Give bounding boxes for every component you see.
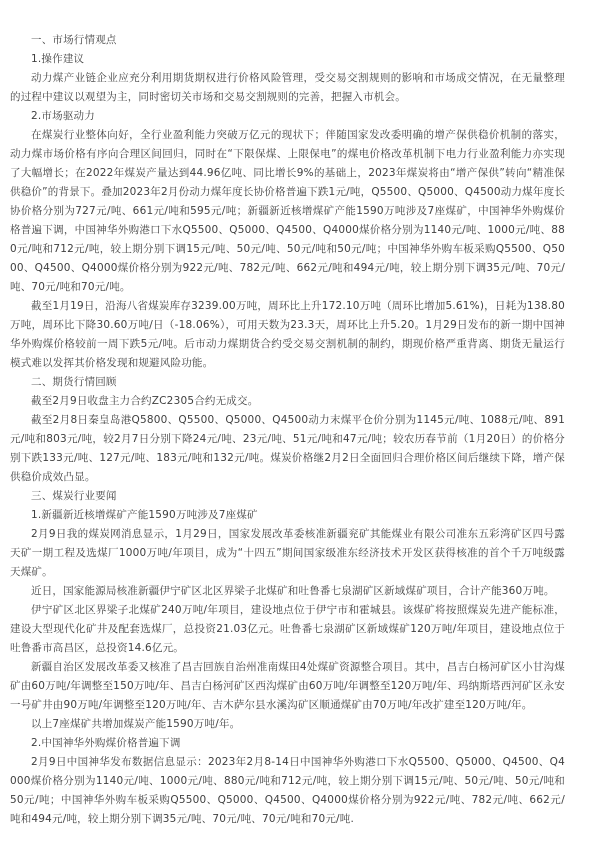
para-qinhuangdao-prices: 截至2月8日秦皇岛港Q5800、Q5500、Q5000、Q4500动力末煤平仓价…	[10, 411, 565, 487]
para-market-driver: 在煤炭行业整体向好，全行业盈利能力突破万亿元的现状下；伴随国家发改委明确的增产保…	[10, 126, 565, 297]
para-operation-advice: 动力煤产业链企业应充分利用期货期权进行价格风险管理，受交易交割规则的影响和市场成…	[10, 69, 565, 107]
section-3-heading: 三、煤炭行业要闻	[10, 487, 565, 506]
para-news-capacity-total: 以上7座煤矿共增加煤炭产能1590万吨/年。	[10, 715, 565, 734]
subheading-operation-advice: 1.操作建议	[10, 50, 565, 69]
subheading-news-xinjiang: 1.新疆新近核增煤矿产能1590万吨涉及7座煤矿	[10, 506, 565, 525]
para-coastal-inventory: 截至1月19日，沿海八省煤炭库存3239.00万吨，周环比上升172.10万吨（…	[10, 297, 565, 373]
subheading-news-shenhua: 2.中国神华外购煤价格普遍下调	[10, 734, 565, 753]
document-body: 一、市场行情观点 1.操作建议 动力煤产业链企业应充分利用期货期权进行价格风险管…	[10, 31, 565, 829]
section-2-heading: 二、期货行情回顾	[10, 373, 565, 392]
para-news-nea-approval: 近日，国家能源局核准新疆伊宁矿区北区界梁子北煤矿和吐鲁番七泉湖矿区新域煤矿项目，…	[10, 582, 565, 601]
para-news-mine-projects: 伊宁矿区北区界梁子北煤矿240万吨/年项目，建设地点位于伊宁市和霍城县。该煤矿将…	[10, 601, 565, 658]
section-1-heading: 一、市场行情观点	[10, 31, 565, 50]
para-news-capacity-adjust: 新疆自治区发展改革委又核准了昌吉回族自治州准南煤田4处煤矿资源整合项目。其中，昌…	[10, 658, 565, 715]
para-futures-no-trade: 截至2月9日收盘主力合约ZC2305合约无成交。	[10, 392, 565, 411]
para-news-shenhua-prices: 2月9日中国神华发布数据信息显示：2023年2月8-14日中国神华外购港口下水Q…	[10, 753, 565, 829]
subheading-market-driver: 2.市场驱动力	[10, 107, 565, 126]
para-news-xinjiang-approval: 2月9日我的煤炭网消息显示，1月29日，国家发展改革委核准新疆兖矿其能煤业有限公…	[10, 525, 565, 582]
document-page: 一、市场行情观点 1.操作建议 动力煤产业链企业应充分利用期货期权进行价格风险管…	[0, 0, 595, 842]
